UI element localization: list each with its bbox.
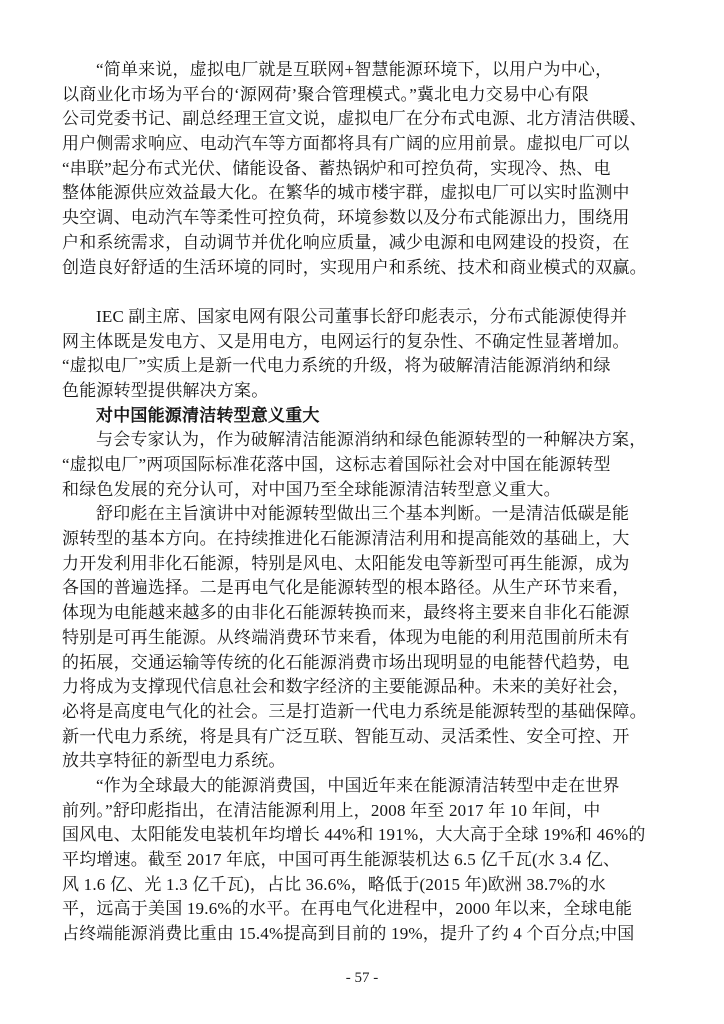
page-number: - 57 - xyxy=(0,968,724,988)
text-line: IEC 副主席、国家电网有限公司董事长舒印彪表示，分布式能源使得并 xyxy=(62,305,664,330)
text-line: 占终端能源消费比重由 15.4%提高到目前的 19%，提升了约 4 个百分点;中… xyxy=(62,922,664,947)
text-line: 用户侧需求响应、电动汽车等方面都将具有广阔的应用前景。虚拟电厂可以 xyxy=(62,132,664,157)
text-line: 体现为电能越来越多的由非化石能源转换而来，最终将主要来自非化石能源 xyxy=(62,601,664,626)
text-line: 放共享特征的新型电力系统。 xyxy=(62,749,664,774)
text-line: “虚拟电厂”两项国际标准花落中国，这标志着国际社会对中国在能源转型 xyxy=(62,453,664,478)
text-line: 与会专家认为，作为破解清洁能源消纳和绿色能源转型的一种解决方案， xyxy=(62,428,664,453)
paragraph: IEC 副主席、国家电网有限公司董事长舒印彪表示，分布式能源使得并网主体既是发电… xyxy=(62,305,664,404)
text-line: 户和系统需求，自动调节并优化响应质量，减少电源和电网建设的投资，在 xyxy=(62,231,664,256)
document-body: “简单来说，虚拟电厂就是互联网+智慧能源环境下，以用户为中心，以商业化市场为平台… xyxy=(62,58,664,947)
text-line: 前列。”舒印彪指出，在清洁能源利用上，2008 年至 2017 年 10 年间，… xyxy=(62,799,664,824)
text-line: “作为全球最大的能源消费国，中国近年来在能源清洁转型中走在世界 xyxy=(62,774,664,799)
paragraph: 舒印彪在主旨演讲中对能源转型做出三个基本判断。一是清洁低碳是能源转型的基本方向。… xyxy=(62,502,664,774)
text-line: 创造良好舒适的生活环境的同时，实现用户和系统、技术和商业模式的双赢。 xyxy=(62,256,664,281)
text-line: 源转型的基本方向。在持续推进化石能源清洁利用和提高能效的基础上，大 xyxy=(62,527,664,552)
text-line: 舒印彪在主旨演讲中对能源转型做出三个基本判断。一是清洁低碳是能 xyxy=(62,502,664,527)
text-line: 平均增速。截至 2017 年底，中国可再生能源装机达 6.5 亿千瓦(水 3.4… xyxy=(62,848,664,873)
text-line: 特别是可再生能源。从终端消费环节来看，体现为电能的利用范围前所未有 xyxy=(62,626,664,651)
text-line: 力开发利用非化石能源，特别是风电、太阳能发电等新型可再生能源，成为 xyxy=(62,552,664,577)
section-heading: 对中国能源清洁转型意义重大 xyxy=(62,404,664,429)
paragraph: “简单来说，虚拟电厂就是互联网+智慧能源环境下，以用户为中心，以商业化市场为平台… xyxy=(62,58,664,280)
text-line: “简单来说，虚拟电厂就是互联网+智慧能源环境下，以用户为中心， xyxy=(62,58,664,83)
document-page: “简单来说，虚拟电厂就是互联网+智慧能源环境下，以用户为中心，以商业化市场为平台… xyxy=(0,0,724,1024)
text-line: 央空调、电动汽车等柔性可控负荷，环境参数以及分布式能源出力，围绕用 xyxy=(62,206,664,231)
text-line: 以商业化市场为平台的‘源网荷’聚合管理模式。”冀北电力交易中心有限 xyxy=(62,83,664,108)
text-line: 必将是高度电气化的社会。三是打造新一代电力系统是能源转型的基础保障。 xyxy=(62,700,664,725)
text-line: 公司党委书记、副总经理王宣文说，虚拟电厂在分布式电源、北方清洁供暖、 xyxy=(62,107,664,132)
text-line: 网主体既是发电方、又是用电方，电网运行的复杂性、不确定性显著增加。 xyxy=(62,330,664,355)
text-line: 各国的普遍选择。二是再电气化是能源转型的根本路径。从生产环节来看， xyxy=(62,576,664,601)
text-line: 风 1.6 亿、光 1.3 亿千瓦)，占比 36.6%，略低于(2015 年)欧… xyxy=(62,873,664,898)
text-line: “虚拟电厂”实质上是新一代电力系统的升级，将为破解清洁能源消纳和绿 xyxy=(62,354,664,379)
text-line: 和绿色发展的充分认可，对中国乃至全球能源清洁转型意义重大。 xyxy=(62,478,664,503)
paragraph: “作为全球最大的能源消费国，中国近年来在能源清洁转型中走在世界前列。”舒印彪指出… xyxy=(62,774,664,947)
text-line: 新一代电力系统，将是具有广泛互联、智能互动、灵活柔性、安全可控、开 xyxy=(62,725,664,750)
text-line: 整体能源供应效益最大化。在繁华的城市楼宇群，虚拟电厂可以实时监测中 xyxy=(62,181,664,206)
text-line: 的拓展，交通运输等传统的化石能源消费市场出现明显的电能替代趋势，电 xyxy=(62,651,664,676)
text-line: 力将成为支撑现代信息社会和数字经济的主要能源品种。未来的美好社会， xyxy=(62,675,664,700)
paragraph: 与会专家认为，作为破解清洁能源消纳和绿色能源转型的一种解决方案，“虚拟电厂”两项… xyxy=(62,428,664,502)
text-line: 国风电、太阳能发电装机年均增长 44%和 191%，大大高于全球 19%和 46… xyxy=(62,823,664,848)
text-line: 色能源转型提供解决方案。 xyxy=(62,379,664,404)
text-line: “串联”起分布式光伏、储能设备、蓄热锅炉和可控负荷，实现冷、热、电 xyxy=(62,157,664,182)
text-line: 平，远高于美国 19.6%的水平。在再电气化进程中，2000 年以来，全球电能 xyxy=(62,897,664,922)
text-line: 对中国能源清洁转型意义重大 xyxy=(62,404,664,429)
